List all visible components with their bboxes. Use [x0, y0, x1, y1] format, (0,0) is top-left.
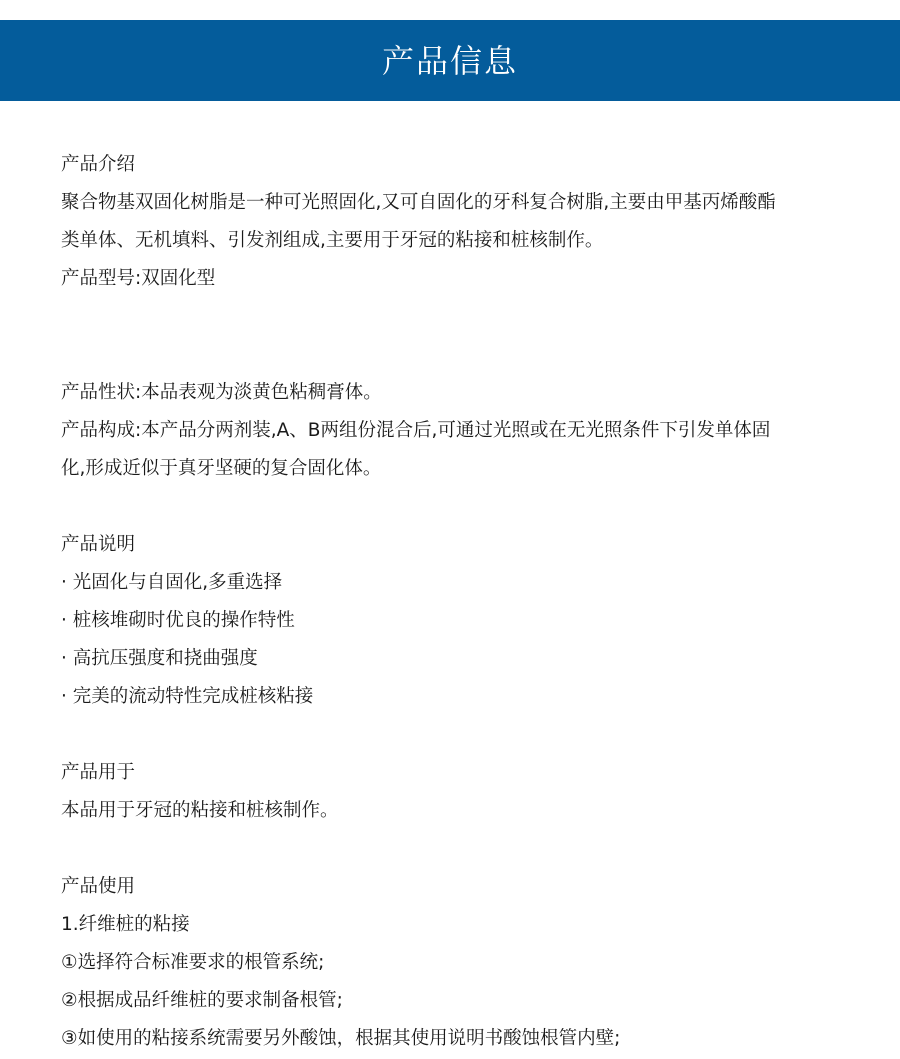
bullet-item: · 桩核堆砌时优良的操作特性	[61, 602, 851, 640]
product-model: 产品型号:双固化型	[61, 260, 851, 298]
product-appearance: 产品性状:本品表观为淡黄色粘稠膏体。	[61, 374, 851, 412]
intro-paragraph-line: 聚合物基双固化树脂是一种可光照固化,又可自固化的牙科复合树脂,主要由甲基丙烯酸酯	[61, 184, 851, 222]
bullet-item: · 高抗压强度和挠曲强度	[61, 640, 851, 678]
bullet-item: · 光固化与自固化,多重选择	[61, 564, 851, 602]
description-heading: 产品说明	[61, 526, 851, 564]
header-banner: 产品信息	[0, 20, 900, 101]
intro-paragraph-line: 类单体、无机填料、引发剂组成,主要用于牙冠的粘接和桩核制作。	[61, 222, 851, 260]
bullet-item: · 完美的流动特性完成桩核粘接	[61, 678, 851, 716]
usage-heading: 产品使用	[61, 868, 851, 906]
product-composition-line: 产品构成:本产品分两剂装,A、B两组份混合后,可通过光照或在无光照条件下引发单体…	[61, 412, 851, 450]
spacer	[61, 830, 851, 868]
spacer	[61, 298, 851, 374]
intro-heading: 产品介绍	[61, 146, 851, 184]
page-title: 产品信息	[382, 45, 518, 77]
spacer	[61, 716, 851, 754]
usage-step: ②根据成品纤维桩的要求制备根管;	[61, 982, 851, 1020]
usage-for-text: 本品用于牙冠的粘接和桩核制作。	[61, 792, 851, 830]
spacer	[61, 488, 851, 526]
usage-for-heading: 产品用于	[61, 754, 851, 792]
product-composition-line: 化,形成近似于真牙坚硬的复合固化体。	[61, 450, 851, 488]
usage-step: ①选择符合标准要求的根管系统;	[61, 944, 851, 982]
usage-step: ③如使用的粘接系统需要另外酸蚀，根据其使用说明书酸蚀根管内壁;	[61, 1020, 851, 1058]
product-info-content: 产品介绍 聚合物基双固化树脂是一种可光照固化,又可自固化的牙科复合树脂,主要由甲…	[61, 146, 851, 1058]
usage-subheading: 1.纤维桩的粘接	[61, 906, 851, 944]
